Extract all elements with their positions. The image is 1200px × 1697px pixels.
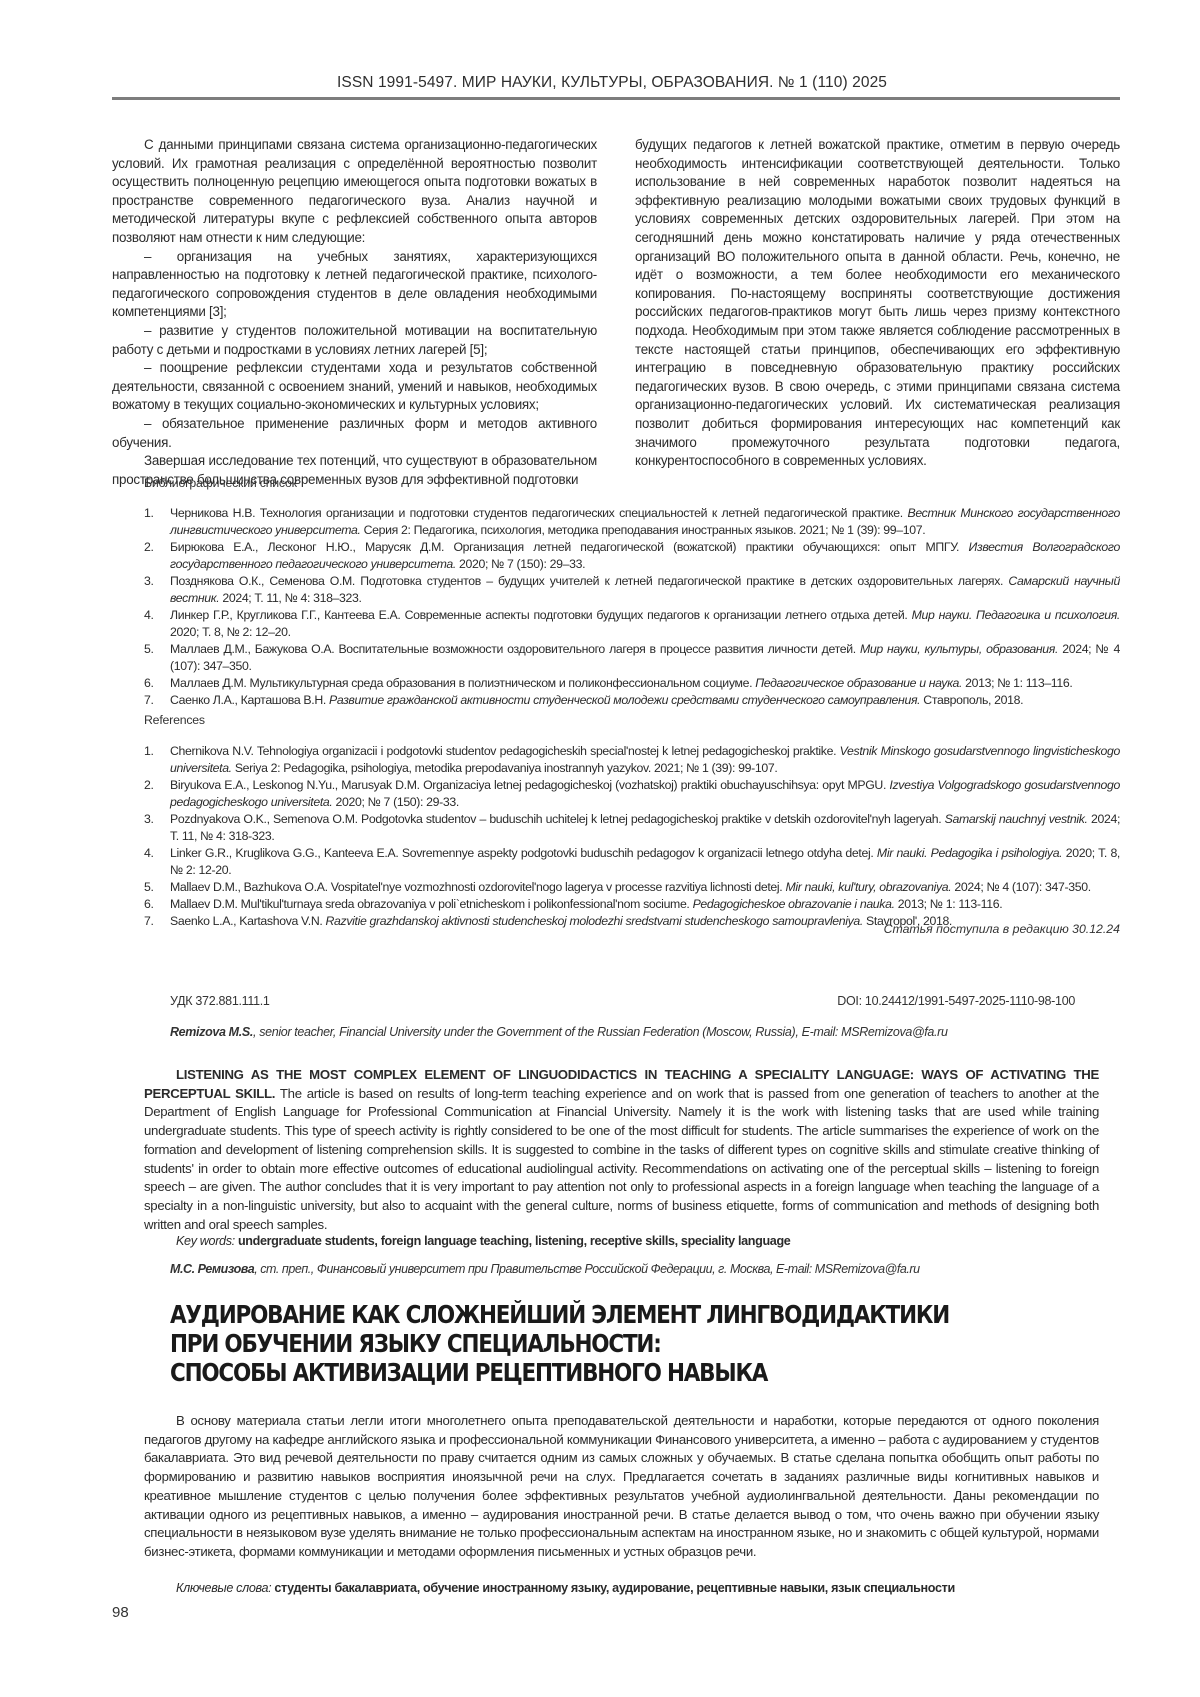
keywords-text: undergraduate students, foreign language… (235, 1234, 791, 1248)
reference-item: 1.Черникова Н.В. Технология организации … (144, 505, 1120, 539)
reference-details: 2013; № 1: 113–116. (962, 676, 1072, 690)
reference-source: Pedagogicheskoe obrazovanie i nauka. (693, 897, 895, 911)
reference-number: 5. (144, 879, 154, 896)
header-divider (112, 97, 1120, 100)
author-name: М.С. Ремизова (170, 1262, 254, 1276)
abstract-text: The article is based on results of long-… (144, 1086, 1099, 1232)
reference-text: Маллаев Д.М. Мультикультурная среда обра… (170, 676, 755, 690)
reference-details: Серия 2: Педагогика, психология, методик… (361, 523, 926, 537)
body-column-right: будущих педагогов к летней вожатской пра… (635, 136, 1120, 489)
reference-item: 3.Pozdnyakova O.K., Semenova O.M. Podgot… (144, 811, 1120, 845)
author-russian: М.С. Ремизова, ст. преп., Финансовый уни… (170, 1262, 920, 1276)
reference-details: 2013; № 1: 113-116. (895, 897, 1003, 911)
reference-source: Мир науки, культуры, образования. (860, 642, 1058, 656)
author-affiliation: , senior teacher, Financial University u… (253, 1025, 948, 1039)
author-affiliation: , ст. преп., Финансовый университет при … (254, 1262, 919, 1276)
reference-text: Chernikova N.V. Tehnologiya organizacii … (170, 744, 840, 758)
reference-item: 2.Бирюкова Е.А., Лесконог Н.Ю., Марусяк … (144, 539, 1120, 573)
reference-item: 4.Linker G.R., Kruglikova G.G., Kanteeva… (144, 845, 1120, 879)
reference-item: 3.Позднякова О.К., Семенова О.М. Подгото… (144, 573, 1120, 607)
abstract-russian: В основу материала статьи легли итоги мн… (144, 1412, 1099, 1562)
bibliography-list: 1.Черникова Н.В. Технология организации … (144, 505, 1120, 709)
bibliography-heading: Библиографический список (144, 476, 297, 490)
reference-details: 2024; Т. 11, № 4: 318–323. (219, 591, 361, 605)
doi: DOI: 10.24412/1991-5497-2025-1110-98-100 (837, 994, 1075, 1008)
keywords-label: Key words: (176, 1234, 235, 1248)
reference-number: 5. (144, 641, 154, 658)
author-name: Remizova M.S. (170, 1025, 253, 1039)
reference-item: 5.Mallaev D.M., Bazhukova O.A. Vospitate… (144, 879, 1120, 896)
reference-item: 5.Маллаев Д.М., Бажукова О.А. Воспитател… (144, 641, 1120, 675)
title-line: АУДИРОВАНИЕ КАК СЛОЖНЕЙШИЙ ЭЛЕМЕНТ ЛИНГВ… (170, 1300, 949, 1329)
reference-text: Маллаев Д.М., Бажукова О.А. Воспитательн… (170, 642, 860, 656)
references-list: 1.Chernikova N.V. Tehnologiya organizaci… (144, 743, 1120, 930)
reference-item: 1.Chernikova N.V. Tehnologiya organizaci… (144, 743, 1120, 777)
paragraph: будущих педагогов к летней вожатской пра… (635, 136, 1120, 471)
page-number: 98 (112, 1604, 129, 1621)
reference-text: Бирюкова Е.А., Лесконог Н.Ю., Марусяк Д.… (170, 540, 969, 554)
reference-number: 2. (144, 539, 154, 556)
keywords-text: студенты бакалавриата, обучение иностран… (271, 1581, 955, 1595)
reference-details: 2024; № 4 (107): 347-350. (951, 880, 1090, 894)
references-heading: References (144, 713, 205, 727)
list-item: – обязательное применение различных форм… (112, 415, 597, 452)
journal-header: ISSN 1991-5497. МИР НАУКИ, КУЛЬТУРЫ, ОБР… (112, 74, 1112, 92)
reference-text: Saenko L.A., Kartashova V.N. (170, 914, 326, 928)
reference-text: Саенко Л.А., Карташова В.Н. (170, 693, 329, 707)
reference-source: Педагогическое образование и наука. (755, 676, 962, 690)
abstract-english: LISTENING AS THE MOST COMPLEX ELEMENT OF… (144, 1066, 1099, 1234)
reference-source: Samarskij nauchnyj vestnik. (945, 812, 1088, 826)
reference-source: Развитие гражданской активности студенче… (329, 693, 920, 707)
reference-item: 6.Mallaev D.M. Mul'tikul'turnaya sreda o… (144, 896, 1120, 913)
title-line: СПОСОБЫ АКТИВИЗАЦИИ РЕЦЕПТИВНОГО НАВЫКА (170, 1358, 949, 1387)
reference-number: 3. (144, 811, 154, 828)
reference-text: Pozdnyakova O.K., Semenova O.M. Podgotov… (170, 812, 945, 826)
paragraph: С данными принципами связана система орг… (112, 136, 597, 248)
reference-details: 2020; Т. 8, № 2: 12–20. (170, 625, 291, 639)
reference-number: 1. (144, 743, 154, 760)
reference-number: 2. (144, 777, 154, 794)
reference-details: 2020; № 7 (150): 29–33. (456, 557, 585, 571)
reference-details: Ставрополь, 2018. (920, 693, 1023, 707)
reference-details: Seriya 2: Pedagogika, psihologiya, metod… (232, 761, 778, 775)
reference-number: 7. (144, 692, 154, 709)
udk-code: УДК 372.881.111.1 (170, 994, 270, 1008)
reference-source: Mir nauki, kul'tury, obrazovaniya. (785, 880, 951, 894)
list-item: – развитие у студентов положительной мот… (112, 322, 597, 359)
reference-number: 3. (144, 573, 154, 590)
reference-text: Mallaev D.M., Bazhukova O.A. Vospitatel'… (170, 880, 785, 894)
reference-number: 6. (144, 896, 154, 913)
reference-item: 7.Саенко Л.А., Карташова В.Н. Развитие г… (144, 692, 1120, 709)
body-columns: С данными принципами связана система орг… (112, 136, 1120, 489)
reference-item: 6.Маллаев Д.М. Мультикультурная среда об… (144, 675, 1120, 692)
reference-details: 2020; № 7 (150): 29-33. (332, 795, 458, 809)
reference-text: Mallaev D.M. Mul'tikul'turnaya sreda obr… (170, 897, 693, 911)
keywords-label: Ключевые слова: (176, 1581, 271, 1595)
author-english: Remizova M.S., senior teacher, Financial… (170, 1025, 948, 1039)
reference-source: Mir nauki. Pedagogika i psihologiya. (877, 846, 1062, 860)
body-column-left: С данными принципами связана система орг… (112, 136, 597, 489)
list-item: – организация на учебных занятиях, харак… (112, 248, 597, 322)
reference-source: Мир науки. Педагогика и психология. (912, 608, 1120, 622)
reference-number: 4. (144, 607, 154, 624)
reference-item: 2.Biryukova E.A., Leskonog N.Yu., Marusy… (144, 777, 1120, 811)
reference-number: 7. (144, 913, 154, 930)
reference-text: Linker G.R., Kruglikova G.G., Kanteeva E… (170, 846, 877, 860)
reference-text: Черникова Н.В. Технология организации и … (170, 506, 907, 520)
received-date: Статья поступила в редакцию 30.12.24 (884, 922, 1120, 936)
keywords-english: Key words: undergraduate students, forei… (176, 1234, 790, 1248)
keywords-russian: Ключевые слова: студенты бакалавриата, о… (176, 1581, 955, 1595)
reference-number: 1. (144, 505, 154, 522)
article-title-russian: АУДИРОВАНИЕ КАК СЛОЖНЕЙШИЙ ЭЛЕМЕНТ ЛИНГВ… (170, 1300, 949, 1387)
reference-number: 6. (144, 675, 154, 692)
title-line: ПРИ ОБУЧЕНИИ ЯЗЫКУ СПЕЦИАЛЬНОСТИ: (170, 1329, 949, 1358)
reference-source: Razvitie grazhdanskoj aktivnosti studenc… (326, 914, 863, 928)
reference-number: 4. (144, 845, 154, 862)
list-item: – поощрение рефлексии студентами хода и … (112, 359, 597, 415)
reference-text: Линкер Г.Р., Кругликова Г.Г., Кантеева Е… (170, 608, 912, 622)
reference-text: Biryukova E.A., Leskonog N.Yu., Marusyak… (170, 778, 889, 792)
reference-text: Позднякова О.К., Семенова О.М. Подготовк… (170, 574, 1008, 588)
reference-item: 4.Линкер Г.Р., Кругликова Г.Г., Кантеева… (144, 607, 1120, 641)
